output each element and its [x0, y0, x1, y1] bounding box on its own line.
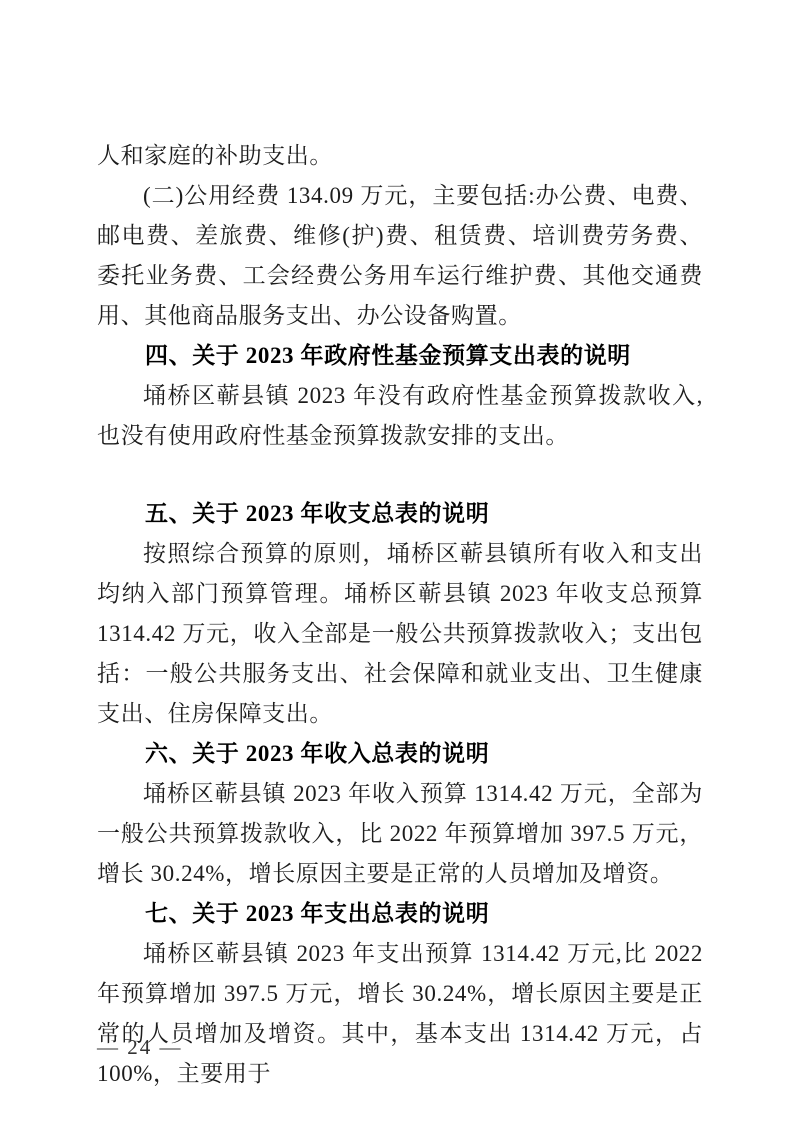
heading-section-4-government-fund-budget: 四、关于 2023 年政府性基金预算支出表的说明: [97, 336, 703, 376]
page-number: — 24 —: [97, 1033, 183, 1061]
paragraph-public-expense: (二)公用经费 134.09 万元，主要包括:办公费、电费、邮电费、差旅费、维修…: [97, 176, 703, 336]
paragraph-section-6: 埇桥区蕲县镇 2023 年收入预算 1314.42 万元，全部为一般公共预算拨款…: [97, 774, 703, 894]
document-page: 人和家庭的补助支出。 (二)公用经费 134.09 万元，主要包括:办公费、电费…: [0, 0, 793, 1122]
paragraph-section-4: 埇桥区蕲县镇 2023 年没有政府性基金预算拨款收入,也没有使用政府性基金预算拨…: [97, 376, 703, 456]
section-gap: [97, 456, 703, 494]
paragraph-section-7: 埇桥区蕲县镇 2023 年支出预算 1314.42 万元,比 2022 年预算增…: [97, 934, 703, 1094]
paragraph-continuation: 人和家庭的补助支出。: [97, 136, 703, 176]
document-content: 人和家庭的补助支出。 (二)公用经费 134.09 万元，主要包括:办公费、电费…: [97, 136, 703, 1094]
heading-section-5-revenue-expenditure-summary: 五、关于 2023 年收支总表的说明: [97, 494, 703, 534]
heading-section-6-income-summary: 六、关于 2023 年收入总表的说明: [97, 734, 703, 774]
heading-section-7-expenditure-summary: 七、关于 2023 年支出总表的说明: [97, 894, 703, 934]
paragraph-section-5: 按照综合预算的原则，埇桥区蕲县镇所有收入和支出均纳入部门预算管理。埇桥区蕲县镇 …: [97, 534, 703, 734]
